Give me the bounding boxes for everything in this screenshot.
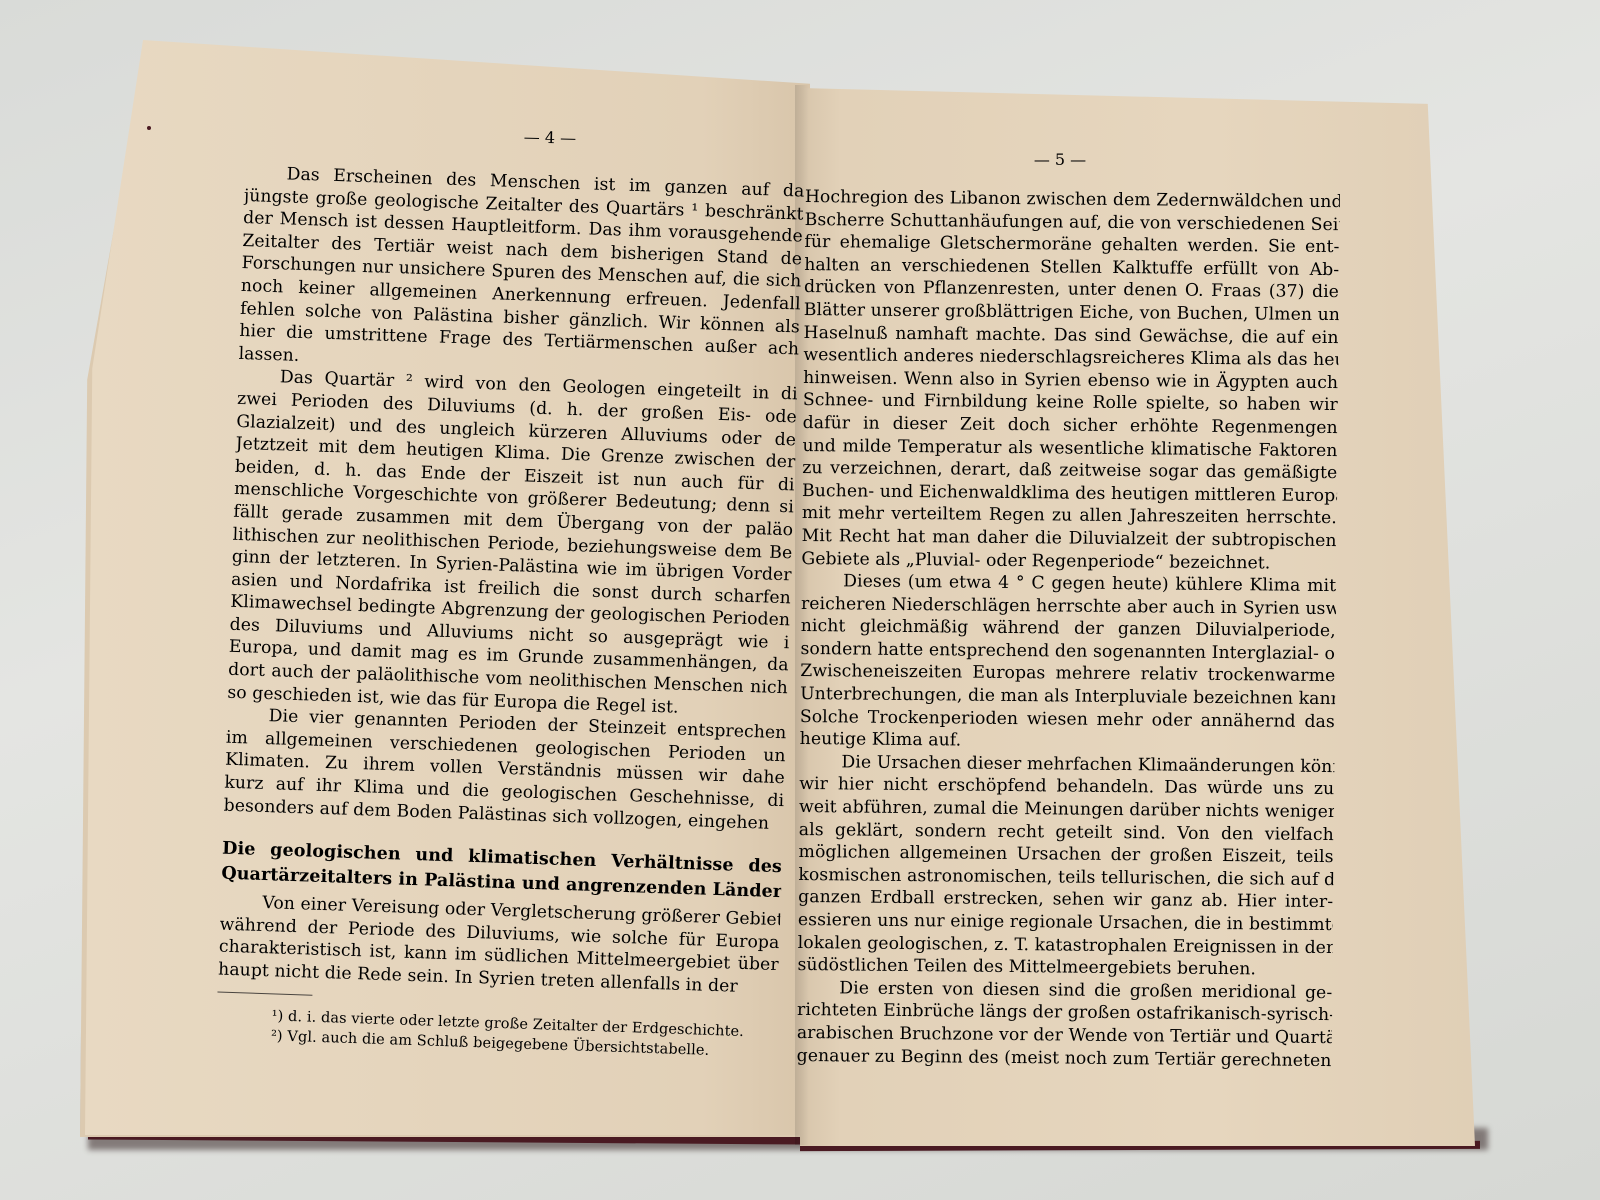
ink-spot <box>147 126 151 130</box>
paragraph: Von einer Vereisung oder Vergletscherung… <box>218 891 781 1000</box>
paragraph: Die vier genannten Perioden der Steinzei… <box>223 704 786 835</box>
paragraph: Die ersten von diesen sind die großen me… <box>797 977 1333 1073</box>
footnote-mark: ²) <box>271 1028 283 1044</box>
paragraph: Das Erscheinen des Menschen ist im ganze… <box>238 162 804 384</box>
right-page-number: — 5 — <box>1010 150 1110 169</box>
paragraph: Hochregion des Libanon zwischen dem Zede… <box>801 186 1340 575</box>
right-page-text: Hochregion des Libanon zwischen dem Zede… <box>797 186 1340 1072</box>
footnote-rule <box>217 991 312 995</box>
left-page-text: Das Erscheinen des Menschen ist im ganze… <box>216 162 805 1063</box>
paragraph: Das Quartär ² wird von den Geologen eing… <box>227 365 798 722</box>
paragraph: Dieses (um etwa 4 ° C gegen heute) kühle… <box>800 570 1337 756</box>
footnote-mark: ¹) <box>271 1008 283 1024</box>
paragraph: Die Ursachen dieser mehrfachen Klimaände… <box>797 751 1334 982</box>
left-page-number: — 4 — <box>500 127 600 149</box>
